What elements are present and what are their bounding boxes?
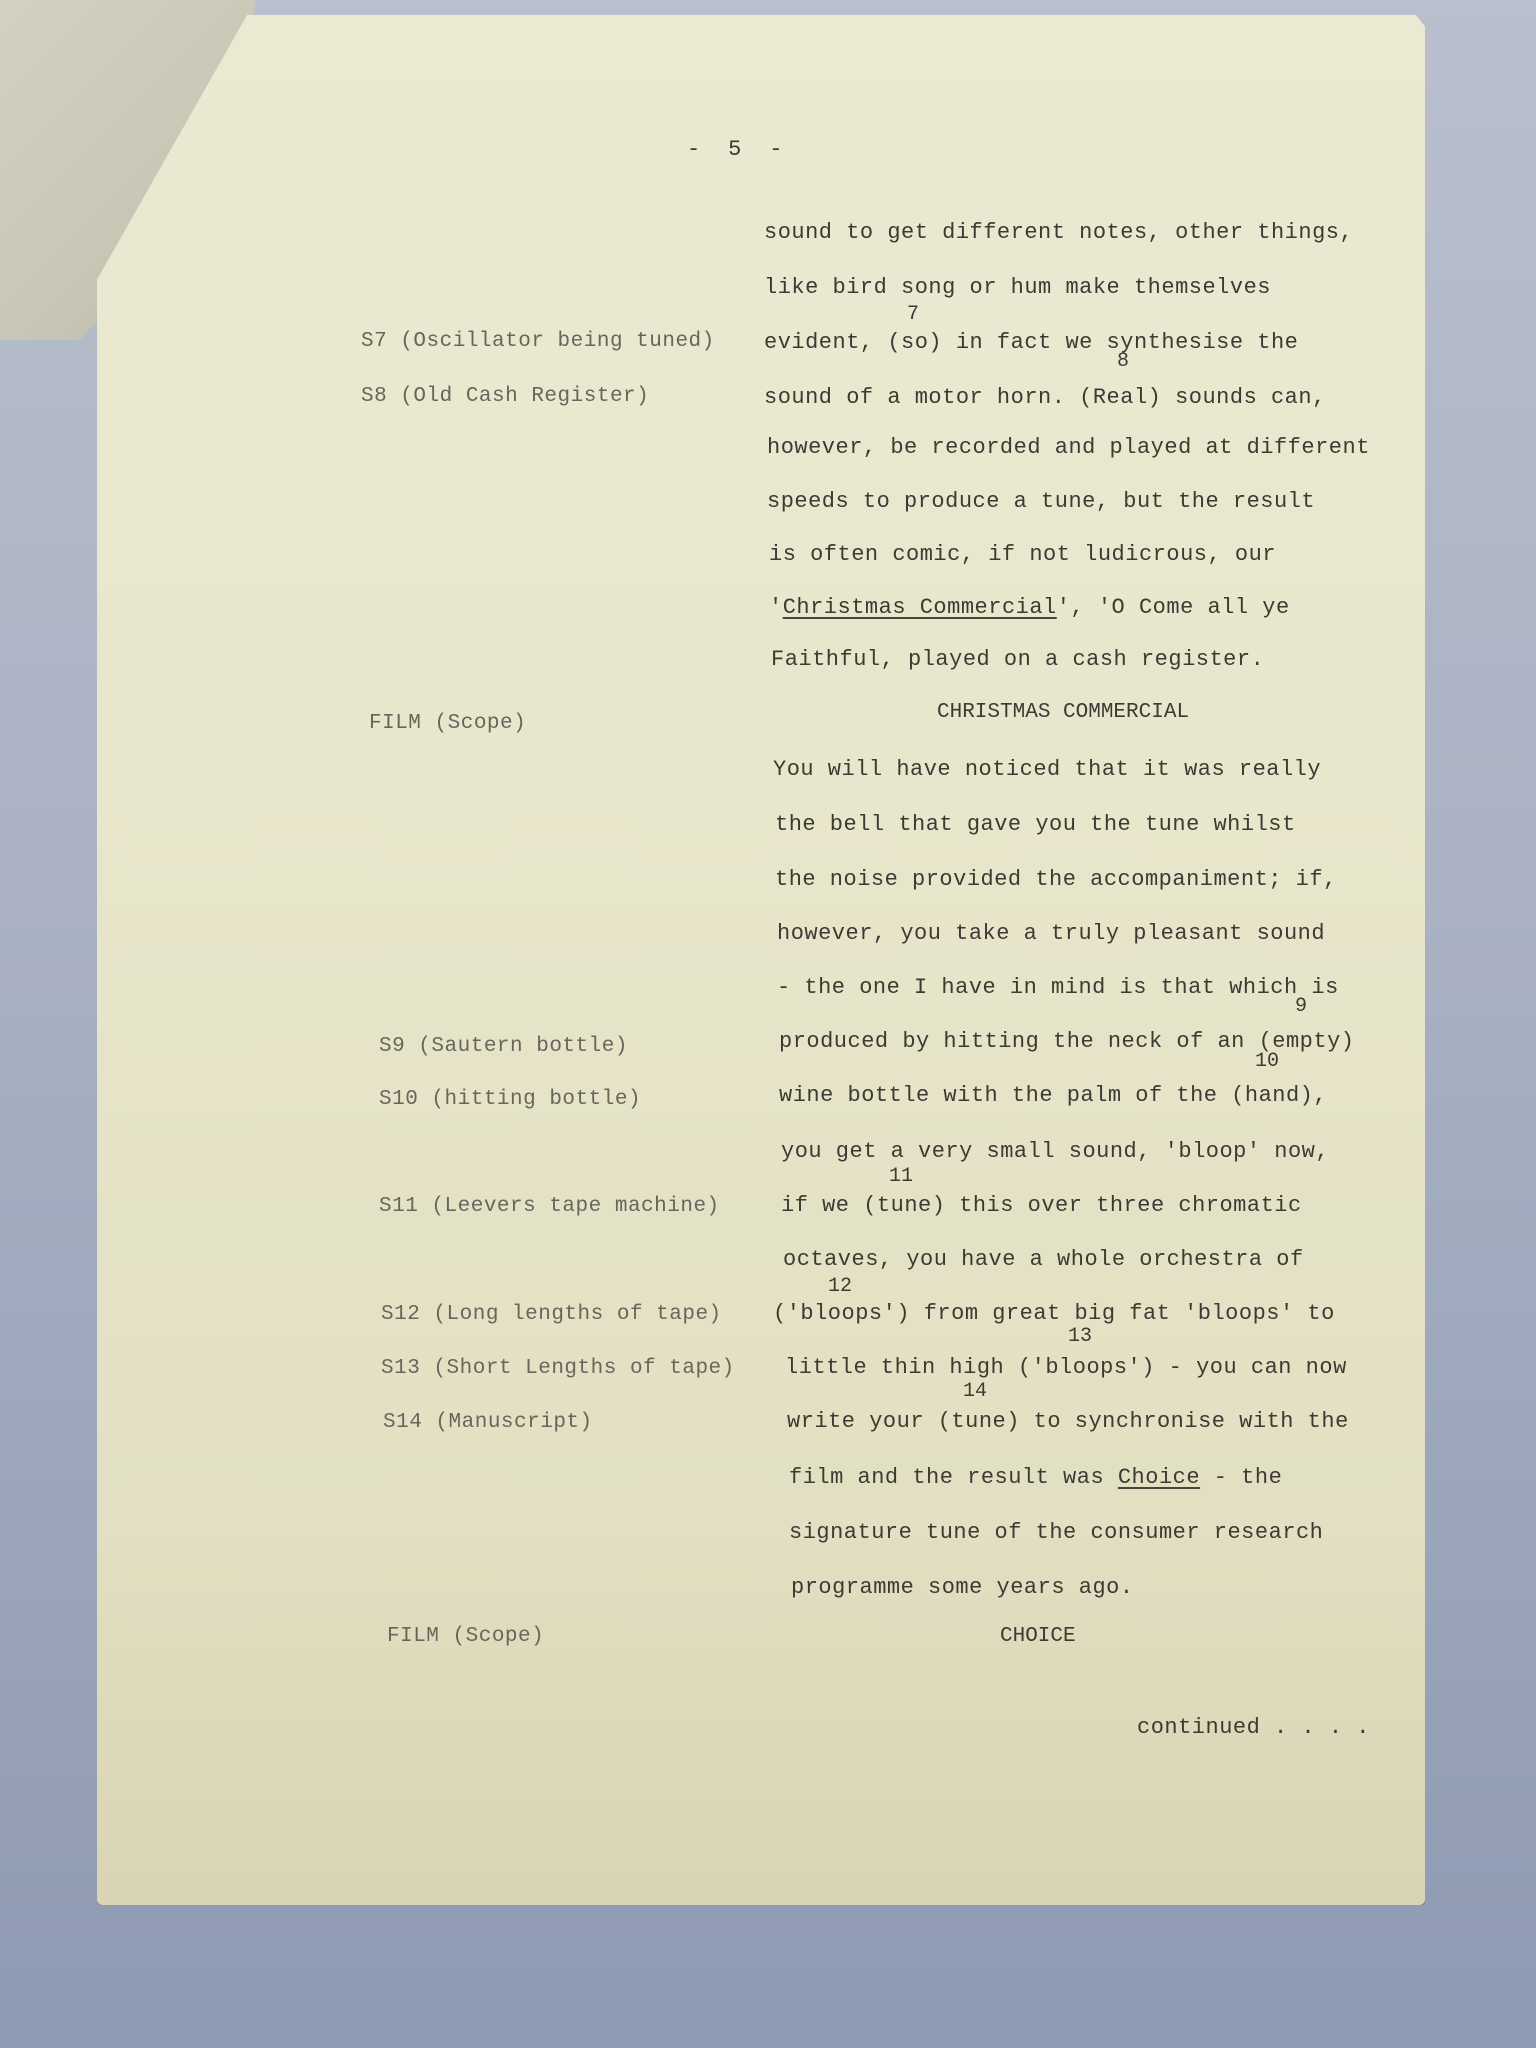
- section-heading: CHRISTMAS COMMERCIAL: [937, 701, 1189, 724]
- body-line: the noise provided the accompaniment; if…: [775, 867, 1337, 892]
- body-line: if we (tune) this over three chromatic: [781, 1193, 1302, 1218]
- cue-s14: S14 (Manuscript): [383, 1411, 593, 1434]
- cue-marker: 7: [907, 303, 919, 326]
- body-line-tail: - the: [1200, 1465, 1282, 1490]
- cue-marker: 11: [889, 1165, 913, 1188]
- body-line: however, you take a truly pleasant sound: [777, 921, 1325, 946]
- typescript-page: - 5 - S7 (Oscillator being tuned) S8 (Ol…: [97, 15, 1425, 1905]
- cue-s11: S11 (Leevers tape machine): [379, 1195, 720, 1218]
- body-line: is often comic, if not ludicrous, our: [769, 542, 1276, 567]
- body-line: ('bloops') from great big fat 'bloops' t…: [773, 1301, 1335, 1326]
- cue-s7: S7 (Oscillator being tuned): [361, 330, 715, 353]
- cue-s10: S10 (hitting bottle): [379, 1088, 641, 1111]
- body-line: octaves, you have a whole orchestra of: [783, 1247, 1304, 1272]
- body-line: sound of a motor horn. (Real) sounds can…: [764, 385, 1326, 410]
- body-line: signature tune of the consumer research: [789, 1520, 1323, 1545]
- body-line: programme some years ago.: [791, 1575, 1134, 1600]
- body-line-tail: ', 'O Come all ye: [1057, 595, 1290, 620]
- cue-marker: 14: [963, 1380, 987, 1403]
- underlined-title: Christmas Commercial: [783, 595, 1057, 620]
- underlined-title: Choice: [1118, 1465, 1200, 1490]
- body-line: write your (tune) to synchronise with th…: [787, 1409, 1349, 1434]
- body-line: wine bottle with the palm of the (hand),: [779, 1083, 1327, 1108]
- cue-film-scope-2: FILM (Scope): [387, 1625, 544, 1648]
- continued-footer: continued . . . .: [1137, 1715, 1370, 1740]
- body-line: speeds to produce a tune, but the result: [767, 489, 1315, 514]
- cue-marker: 10: [1255, 1050, 1279, 1073]
- body-line: sound to get different notes, other thin…: [764, 220, 1353, 245]
- body-line: the bell that gave you the tune whilst: [775, 812, 1296, 837]
- body-line: however, be recorded and played at diffe…: [767, 435, 1370, 460]
- body-line: You will have noticed that it was really: [773, 757, 1321, 782]
- cue-s13: S13 (Short Lengths of tape): [381, 1357, 735, 1380]
- cue-marker: 13: [1068, 1325, 1092, 1348]
- body-line-head: film and the result was: [789, 1465, 1118, 1490]
- cue-marker: 9: [1295, 995, 1307, 1018]
- cue-film-scope-1: FILM (Scope): [369, 712, 526, 735]
- body-line: like bird song or hum make themselves: [764, 275, 1271, 300]
- cue-marker: 8: [1117, 350, 1129, 373]
- body-line: evident, (so) in fact we synthesise the: [764, 330, 1298, 355]
- cue-s9: S9 (Sautern bottle): [379, 1035, 628, 1058]
- body-line: 'Christmas Commercial', 'O Come all ye: [769, 595, 1290, 620]
- section-heading: CHOICE: [1000, 1625, 1076, 1648]
- cue-s12: S12 (Long lengths of tape): [381, 1303, 722, 1326]
- body-line: Faithful, played on a cash register.: [771, 647, 1264, 672]
- cue-marker: 12: [828, 1275, 852, 1298]
- page-number: - 5 -: [687, 137, 783, 162]
- cue-s8: S8 (Old Cash Register): [361, 385, 649, 408]
- body-line: - the one I have in mind is that which i…: [777, 975, 1339, 1000]
- body-line: film and the result was Choice - the: [789, 1465, 1282, 1490]
- body-line: you get a very small sound, 'bloop' now,: [781, 1139, 1329, 1164]
- body-line: little thin high ('bloops') - you can no…: [785, 1355, 1347, 1380]
